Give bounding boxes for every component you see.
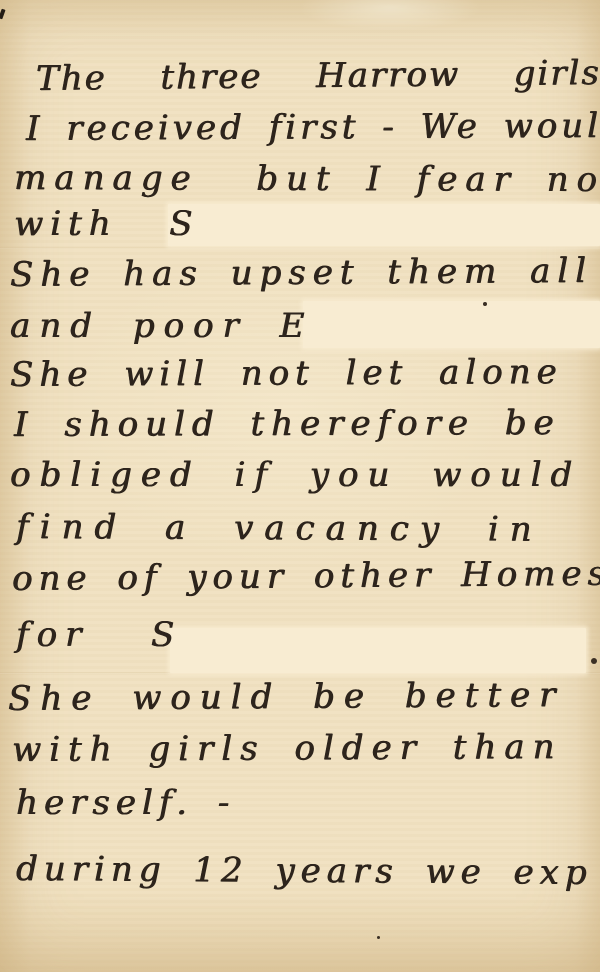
letter-line: The three Harrow girls [36, 54, 600, 99]
redaction-box [168, 204, 600, 246]
letter-line: during 12 years we exp [16, 850, 593, 893]
redaction-box [170, 628, 586, 673]
ink-spot [483, 302, 487, 306]
ink-spot [377, 936, 380, 939]
letter-line: and poor E [10, 307, 313, 346]
redaction-box [303, 301, 600, 348]
letter-line: I should therefore be [14, 404, 561, 445]
letter-line: for S [16, 616, 182, 655]
letter-line: She has upset them all [10, 252, 593, 295]
letter-line: She will not let alone [10, 353, 563, 395]
ink-spot [591, 658, 597, 664]
letter-line: herself. - [16, 784, 235, 823]
letter-line: She would be better [8, 676, 565, 719]
letter-line: with girls older than [12, 728, 563, 770]
letter-line: I received first - We would [26, 107, 600, 149]
letter-line: manage but I fear not [14, 159, 600, 200]
letter-line: find a vacancy in [16, 508, 543, 550]
letter-line: one of your other Homes [12, 555, 600, 599]
letter-page: The three Harrow girls I received first … [0, 0, 600, 972]
letter-line: with S [14, 205, 199, 244]
ink-speck-left-edge [0, 9, 6, 20]
fold-crease [0, 247, 600, 249]
letter-line: obliged if you would [10, 456, 581, 495]
